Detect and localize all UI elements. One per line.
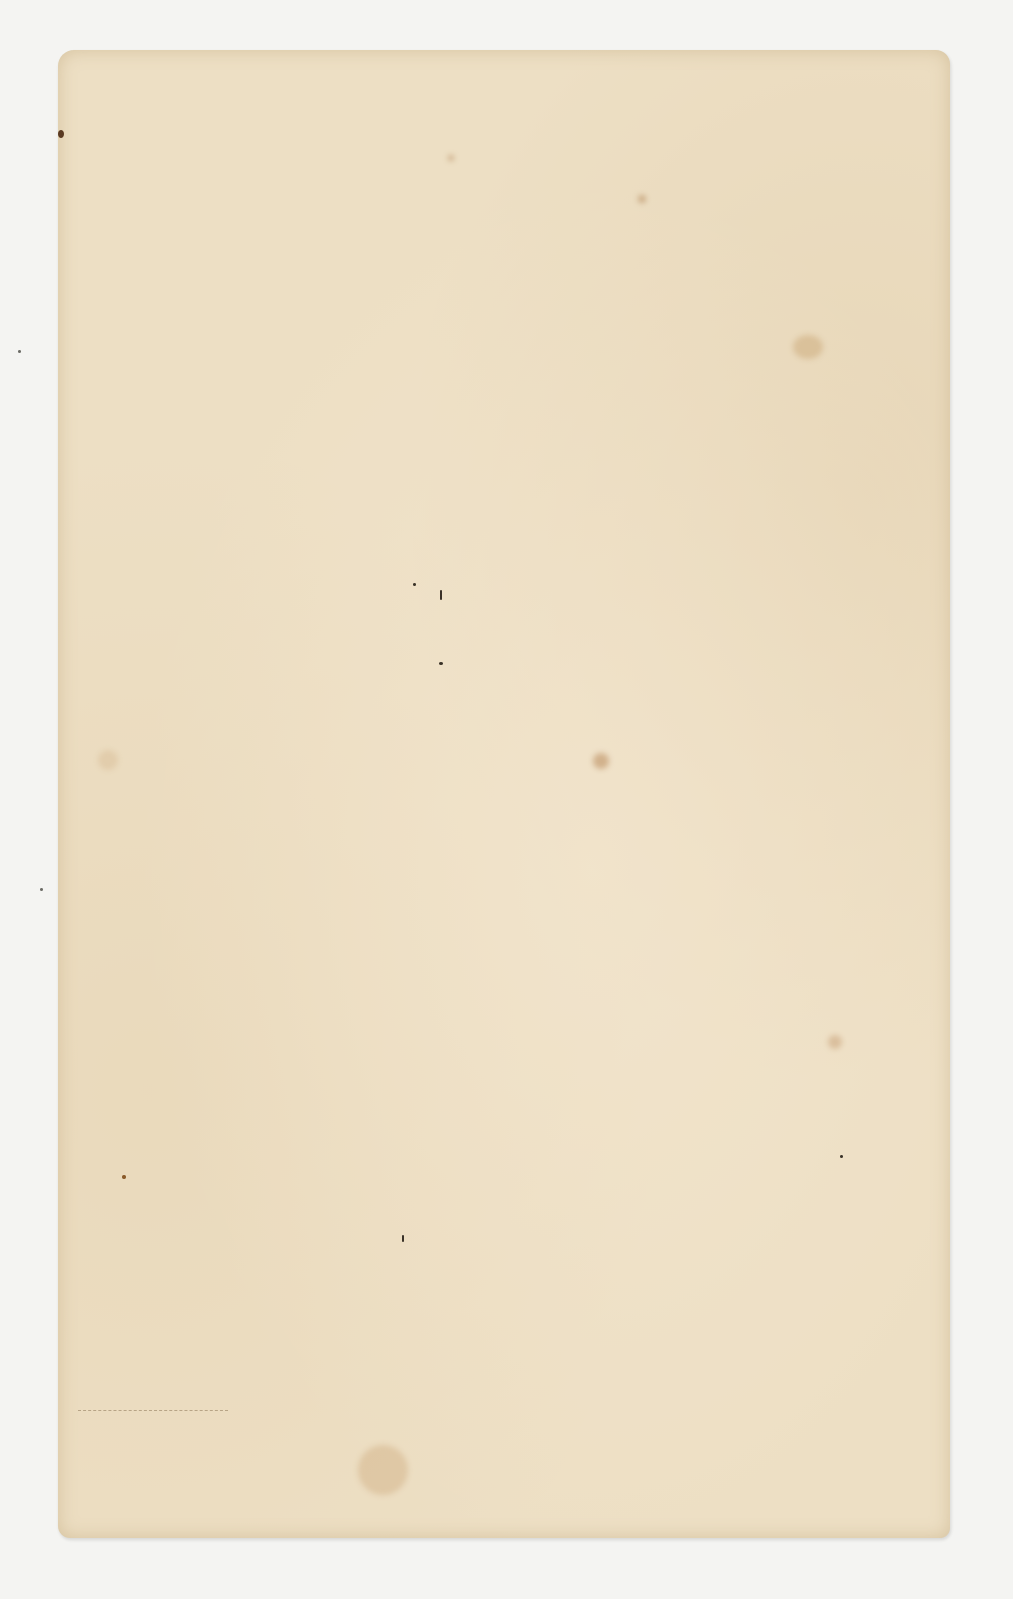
ink-speck (440, 590, 442, 600)
stain (593, 753, 609, 769)
vintage-card (58, 50, 950, 1538)
stain (448, 155, 454, 161)
stain (828, 1035, 842, 1049)
ink-speck (122, 1175, 126, 1179)
faint-dashed-mark (78, 1410, 228, 1411)
ink-speck (840, 1155, 843, 1158)
stain (358, 1445, 408, 1495)
stain (98, 750, 118, 770)
ink-speck (439, 662, 443, 665)
background-speck (40, 888, 43, 891)
ink-speck (402, 1235, 404, 1242)
background-speck (18, 350, 21, 353)
ink-speck (413, 583, 416, 586)
paper-tone (58, 50, 950, 1538)
stain (793, 335, 823, 359)
stain (638, 195, 646, 203)
ink-speck (58, 130, 64, 138)
